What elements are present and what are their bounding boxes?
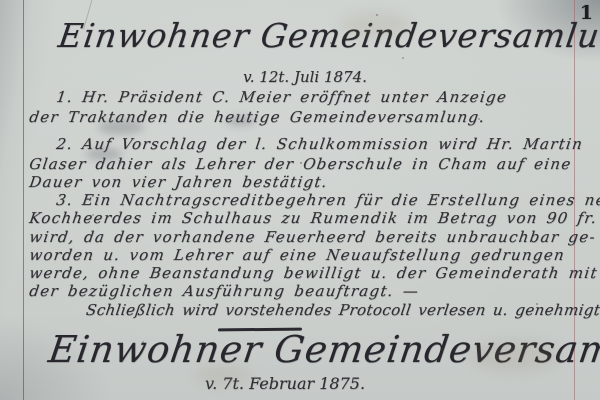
ink-smudge bbox=[226, 116, 256, 126]
closing-post: Protocoll verlesen u. genehmigt. bbox=[331, 301, 600, 319]
manuscript-line: Dauer von vier Jahren bestätigt. bbox=[28, 173, 329, 192]
left-margin-rule bbox=[23, 0, 24, 400]
entry-1-title: Einwohner Gemeindeversamlung bbox=[56, 16, 600, 55]
manuscript-line: Kochheerdes im Schulhaus zu Rumendik im … bbox=[28, 209, 599, 228]
manuscript-line: wird, da der vorhandene Feuerheerd berei… bbox=[28, 228, 597, 247]
manuscript-line: worden u. vom Lehrer auf eine Neuaufstel… bbox=[28, 246, 566, 265]
closing-pre: Schließlich wird bbox=[85, 301, 227, 319]
paper-stain bbox=[470, 340, 560, 372]
manuscript-line: der bezüglichen Ausführung beauftragt. — bbox=[28, 282, 421, 301]
paper-stain bbox=[340, 12, 410, 38]
manuscript-line: 3. Ein Nachtragscreditbegehren für die E… bbox=[55, 191, 600, 210]
paper-stain bbox=[195, 365, 250, 385]
paper-specks bbox=[0, 0, 2, 2]
closing-underlined-word: vorstehendes bbox=[224, 301, 333, 319]
manuscript-line: 1. Hr. Präsident C. Meier eröffnet unter… bbox=[55, 88, 508, 107]
manuscript-line: der Traktanden die heutige Gemeindeversa… bbox=[28, 108, 487, 127]
ink-smudge bbox=[86, 148, 122, 160]
manuscript-line: 2. Auf Vorschlag der l. Schulkommission … bbox=[55, 135, 584, 154]
ink-smudge bbox=[98, 120, 144, 134]
manuscript-page: 1 Einwohner Gemeindeversamlung v. 12t. J… bbox=[0, 0, 600, 400]
entry-1-date: v. 12t. Juli 1874. bbox=[243, 68, 367, 86]
manuscript-line: werde, ohne Beanstandung bewilligt u. de… bbox=[28, 264, 599, 283]
closing-line: Schließlich wird vorstehendes Protocoll … bbox=[85, 301, 600, 319]
